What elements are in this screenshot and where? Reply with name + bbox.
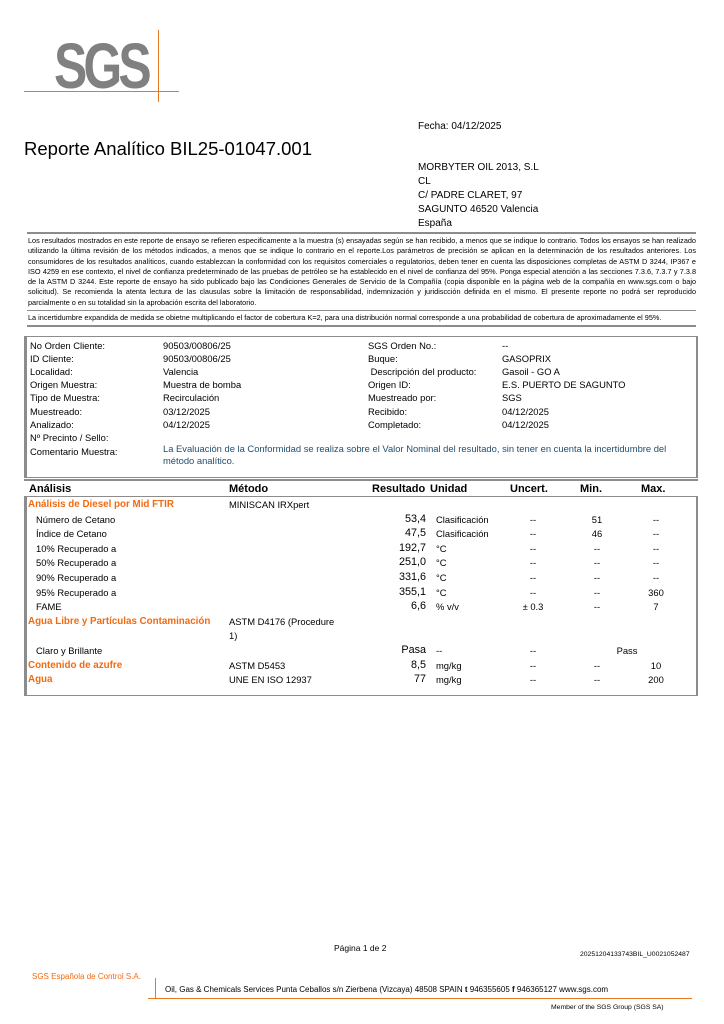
info-value: Recirculación <box>163 392 219 404</box>
info-label: ID Cliente: <box>30 353 74 365</box>
result-value: 355,1 <box>367 586 426 598</box>
col-header-uncert: Uncert. <box>510 483 548 495</box>
analysis-group-title: Agua <box>28 674 53 686</box>
info-label: Muestreado por: <box>368 392 436 404</box>
page-number: Página 1 de 2 <box>334 943 386 953</box>
unit: -- <box>436 645 506 657</box>
analysis-group-title: Contenido de azufre <box>28 660 122 672</box>
company-name: SGS Española de Control S.A. <box>32 972 141 981</box>
report-title: Reporte Analítico BIL25-01047.001 <box>24 138 312 160</box>
min-limit: -- <box>568 660 626 672</box>
info-label: Origen ID: <box>368 379 411 391</box>
col-header-resultado: Resultado <box>372 483 425 495</box>
col-header-analisis: Análisis <box>29 483 71 495</box>
logo-horizontal-line <box>24 91 179 92</box>
max-limit: 200 <box>627 674 685 686</box>
client-address: MORBYTER OIL 2013, S.L CL C/ PADRE CLARE… <box>418 161 539 231</box>
uncertainty: -- <box>507 587 559 599</box>
info-value: 04/12/2025 <box>502 419 549 431</box>
result-value: 251,0 <box>367 556 426 568</box>
analysis-group-title: Análisis de Diesel por Mid FTIR <box>28 499 174 511</box>
col-header-min: Min. <box>580 483 602 495</box>
member-note: Member of the SGS Group (SGS SA) <box>551 1004 664 1011</box>
unit: Clasificación <box>436 514 506 526</box>
info-label: No Orden Cliente: <box>30 340 105 352</box>
info-value: Gasoil - GO A <box>502 366 560 378</box>
footer-horizontal-line <box>148 998 692 999</box>
uncertainty: -- <box>507 645 559 657</box>
max-limit: -- <box>627 572 685 584</box>
method: 1) <box>229 630 237 642</box>
sample-comment: La Evaluación de la Conformidad se reali… <box>163 443 693 468</box>
col-header-max: Max. <box>641 483 665 495</box>
min-limit: -- <box>568 587 626 599</box>
info-value: 90503/00806/25 <box>163 353 231 365</box>
result-value: 331,6 <box>367 571 426 583</box>
max-limit: 360 <box>627 587 685 599</box>
info-value: 04/12/2025 <box>163 419 210 431</box>
max-limit: 7 <box>627 601 685 613</box>
divider <box>27 325 696 327</box>
result-value: 192,7 <box>367 542 426 554</box>
min-limit: -- <box>568 674 626 686</box>
analysis-row-name: Índice de Cetano <box>36 528 107 540</box>
min-limit: -- <box>568 601 626 613</box>
uncertainty: ± 0.3 <box>507 601 559 613</box>
info-label: Comentario Muestra: <box>30 446 118 458</box>
unit: mg/kg <box>436 674 506 686</box>
footer-address: Oil, Gas & Chemicals Services Punta Ceba… <box>165 985 608 994</box>
analysis-row-name: 10% Recuperado a <box>36 543 116 555</box>
uncertainty: -- <box>507 572 559 584</box>
info-label: Buque: <box>368 353 398 365</box>
analysis-row-name: 50% Recuperado a <box>36 557 116 569</box>
result-value: Pasa <box>367 644 426 656</box>
info-value: GASOPRIX <box>502 353 551 365</box>
analysis-row-name: FAME <box>36 601 62 613</box>
info-label: Analizado: <box>30 419 74 431</box>
uncertainty: -- <box>507 528 559 540</box>
info-label: Origen Muestra: <box>30 379 97 391</box>
unit: % v/v <box>436 601 506 613</box>
max-limit: -- <box>627 514 685 526</box>
info-label: Completado: <box>368 419 421 431</box>
info-value: Muestra de bomba <box>163 379 241 391</box>
max-limit: -- <box>627 528 685 540</box>
info-label: SGS Orden No.: <box>368 340 436 352</box>
max-limit: 10 <box>627 660 685 672</box>
address-line: C/ PADRE CLARET, 97 <box>418 189 539 203</box>
footer-vertical-line <box>155 978 156 998</box>
analysis-group-title: Agua Libre y Partículas Contaminación <box>28 616 210 628</box>
result-value: 8,5 <box>367 659 426 671</box>
result-value: 77 <box>367 673 426 685</box>
info-label: Descripción del producto: <box>368 366 476 378</box>
address-line: MORBYTER OIL 2013, S.L <box>418 161 539 175</box>
info-value: -- <box>502 340 508 352</box>
unit: °C <box>436 543 506 555</box>
result-value: 53,4 <box>367 513 426 525</box>
unit: Clasificación <box>436 528 506 540</box>
info-value: 04/12/2025 <box>502 406 549 418</box>
address-line: España <box>418 217 539 231</box>
unit: mg/kg <box>436 660 506 672</box>
address-line: CL <box>418 175 539 189</box>
unit: °C <box>436 557 506 569</box>
analysis-row-name: Número de Cetano <box>36 514 115 526</box>
min-limit: 46 <box>568 528 626 540</box>
info-label: Nº Precinto / Sello: <box>30 432 108 444</box>
col-header-unidad: Unidad <box>430 483 467 495</box>
uncertainty: -- <box>507 543 559 555</box>
report-date: Fecha: 04/12/2025 <box>418 121 501 132</box>
uncertainty: -- <box>507 674 559 686</box>
logo-text: SGS <box>54 34 148 98</box>
max-limit: -- <box>627 543 685 555</box>
method: UNE EN ISO 12937 <box>229 674 312 686</box>
document-code: 20251204133743BIL_U0021052487 <box>580 951 690 958</box>
method: ASTM D4176 (Procedure <box>229 616 334 628</box>
info-label: Tipo de Muestra: <box>30 392 100 404</box>
disclaimer: Los resultados mostrados en este reporte… <box>27 232 696 327</box>
phone-number: 946355605 <box>468 985 513 994</box>
uncertainty: -- <box>507 514 559 526</box>
results-table: Análisis de Diesel por Mid FTIRMINISCAN … <box>24 496 698 696</box>
info-label: Muestreado: <box>30 406 82 418</box>
info-value: Valencia <box>163 366 198 378</box>
info-value: E.S. PUERTO DE SAGUNTO <box>502 379 625 391</box>
info-label: Recibido: <box>368 406 407 418</box>
info-value: 90503/00806/25 <box>163 340 231 352</box>
info-label: Localidad: <box>30 366 73 378</box>
fax-and-web: 946365127 www.sgs.com <box>515 985 608 994</box>
disclaimer-text: Los resultados mostrados en este reporte… <box>27 234 696 310</box>
analysis-row-name: Claro y Brillante <box>36 645 102 657</box>
max-limit: -- <box>627 557 685 569</box>
divider <box>24 479 698 481</box>
min-limit: -- <box>568 543 626 555</box>
info-value: 03/12/2025 <box>163 406 210 418</box>
method: ASTM D5453 <box>229 660 285 672</box>
method: MINISCAN IRXpert <box>229 499 309 511</box>
sgs-logo: SGS <box>24 30 179 102</box>
min-limit: 51 <box>568 514 626 526</box>
info-value: SGS <box>502 392 522 404</box>
uncertainty-note: La incertidumbre expandida de medida se … <box>27 311 696 325</box>
min-limit: -- <box>568 572 626 584</box>
result-value: 47,5 <box>367 527 426 539</box>
result-value: 6,6 <box>367 600 426 612</box>
min-limit: -- <box>568 557 626 569</box>
analysis-row-name: 95% Recuperado a <box>36 587 116 599</box>
address-text: Oil, Gas & Chemicals Services Punta Ceba… <box>165 985 465 994</box>
sample-info-box: La Evaluación de la Conformidad se reali… <box>24 336 698 478</box>
uncertainty: -- <box>507 557 559 569</box>
col-header-metodo: Método <box>229 483 268 495</box>
unit: °C <box>436 587 506 599</box>
unit: °C <box>436 572 506 584</box>
address-line: SAGUNTO 46520 Valencia <box>418 203 539 217</box>
analysis-row-name: 90% Recuperado a <box>36 572 116 584</box>
spec-limit: Pass <box>597 645 657 657</box>
logo-vertical-line <box>158 30 159 102</box>
uncertainty: -- <box>507 660 559 672</box>
